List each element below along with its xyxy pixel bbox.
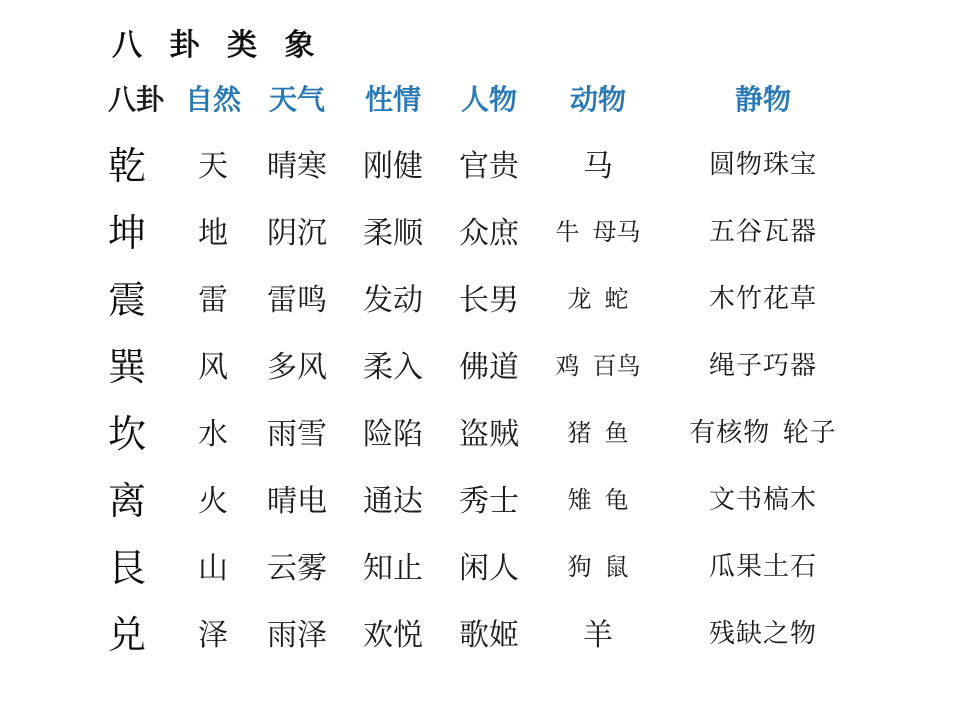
nature-cell: 地 xyxy=(178,208,248,252)
table-row-kun: 坤 地 阴沉 柔顺 众庶 牛 母马 五谷瓦器 xyxy=(105,196,905,263)
temperament-cell: 发动 xyxy=(346,275,440,319)
object-cell: 残缺之物 xyxy=(658,613,868,650)
table-body: 乾 天 晴寒 刚健 官贵 马 圆物珠宝 坤 地 阴沉 柔顺 众庶 牛 母马 五谷… xyxy=(105,129,905,665)
object-cell: 文书槁木 xyxy=(658,479,868,516)
animal-cell: 马 xyxy=(538,141,658,185)
nature-cell: 泽 xyxy=(178,610,248,654)
weather-cell: 雨泽 xyxy=(248,610,346,654)
nature-cell: 火 xyxy=(178,476,248,520)
person-cell: 闲人 xyxy=(440,543,538,587)
person-cell: 官贵 xyxy=(440,141,538,185)
temperament-cell: 欢悦 xyxy=(346,610,440,654)
table-header-row: 八卦 自然 天气 性情 人物 动物 静物 xyxy=(105,76,905,120)
trigram-cell: 坎 xyxy=(105,403,178,458)
table-row-xun: 巽 风 多风 柔入 佛道 鸡 百鸟 绳子巧器 xyxy=(105,330,905,397)
temperament-cell: 通达 xyxy=(346,476,440,520)
weather-cell: 云雾 xyxy=(248,543,346,587)
column-header-person: 人物 xyxy=(440,78,538,118)
column-header-temperament: 性情 xyxy=(346,78,440,118)
table-row-gen: 艮 山 云雾 知止 闲人 狗 鼠 瓜果土石 xyxy=(105,531,905,598)
animal-cell: 猪 鱼 xyxy=(538,413,658,448)
person-cell: 盗贼 xyxy=(440,409,538,453)
person-cell: 长男 xyxy=(440,275,538,319)
temperament-cell: 柔入 xyxy=(346,342,440,386)
trigram-cell: 震 xyxy=(105,269,178,324)
weather-cell: 晴寒 xyxy=(248,141,346,185)
object-cell: 有核物 轮子 xyxy=(658,412,868,449)
page-title: 八 卦 类 象 xyxy=(112,20,325,64)
table-row-kan: 坎 水 雨雪 险陷 盗贼 猪 鱼 有核物 轮子 xyxy=(105,397,905,464)
table-row-li: 离 火 晴电 通达 秀士 雉 龟 文书槁木 xyxy=(105,464,905,531)
weather-cell: 雨雪 xyxy=(248,409,346,453)
object-cell: 绳子巧器 xyxy=(658,345,868,382)
animal-cell: 鸡 百鸟 xyxy=(538,346,658,381)
weather-cell: 雷鸣 xyxy=(248,275,346,319)
trigram-cell: 乾 xyxy=(105,135,178,190)
object-cell: 木竹花草 xyxy=(658,278,868,315)
column-header-animal: 动物 xyxy=(538,78,658,118)
object-cell: 五谷瓦器 xyxy=(658,211,868,248)
nature-cell: 水 xyxy=(178,409,248,453)
person-cell: 秀士 xyxy=(440,476,538,520)
column-header-bagua: 八卦 xyxy=(105,78,178,118)
object-cell: 圆物珠宝 xyxy=(658,144,868,181)
trigram-cell: 艮 xyxy=(105,537,178,592)
nature-cell: 天 xyxy=(178,141,248,185)
nature-cell: 风 xyxy=(178,342,248,386)
temperament-cell: 柔顺 xyxy=(346,208,440,252)
bagua-table: 八卦 自然 天气 性情 人物 动物 静物 乾 天 晴寒 刚健 官贵 马 圆物珠宝… xyxy=(105,76,905,665)
animal-cell: 雉 龟 xyxy=(538,480,658,515)
table-row-zhen: 震 雷 雷鸣 发动 长男 龙 蛇 木竹花草 xyxy=(105,263,905,330)
column-header-nature: 自然 xyxy=(178,78,248,118)
column-header-object: 静物 xyxy=(658,78,868,118)
trigram-cell: 兑 xyxy=(105,604,178,659)
animal-cell: 羊 xyxy=(538,610,658,654)
column-header-weather: 天气 xyxy=(248,78,346,118)
page: 八 卦 类 象 八卦 自然 天气 性情 人物 动物 静物 乾 天 晴寒 刚健 官… xyxy=(0,0,960,720)
temperament-cell: 险陷 xyxy=(346,409,440,453)
temperament-cell: 知止 xyxy=(346,543,440,587)
animal-cell: 狗 鼠 xyxy=(538,547,658,582)
trigram-cell: 巽 xyxy=(105,336,178,391)
animal-cell: 龙 蛇 xyxy=(538,279,658,314)
nature-cell: 雷 xyxy=(178,275,248,319)
animal-cell: 牛 母马 xyxy=(538,212,658,247)
temperament-cell: 刚健 xyxy=(346,141,440,185)
person-cell: 众庶 xyxy=(440,208,538,252)
trigram-cell: 离 xyxy=(105,470,178,525)
person-cell: 歌姬 xyxy=(440,610,538,654)
person-cell: 佛道 xyxy=(440,342,538,386)
table-row-qian: 乾 天 晴寒 刚健 官贵 马 圆物珠宝 xyxy=(105,129,905,196)
weather-cell: 晴电 xyxy=(248,476,346,520)
object-cell: 瓜果土石 xyxy=(658,546,868,583)
weather-cell: 多风 xyxy=(248,342,346,386)
table-row-dui: 兑 泽 雨泽 欢悦 歌姬 羊 残缺之物 xyxy=(105,598,905,665)
trigram-cell: 坤 xyxy=(105,202,178,257)
nature-cell: 山 xyxy=(178,543,248,587)
weather-cell: 阴沉 xyxy=(248,208,346,252)
